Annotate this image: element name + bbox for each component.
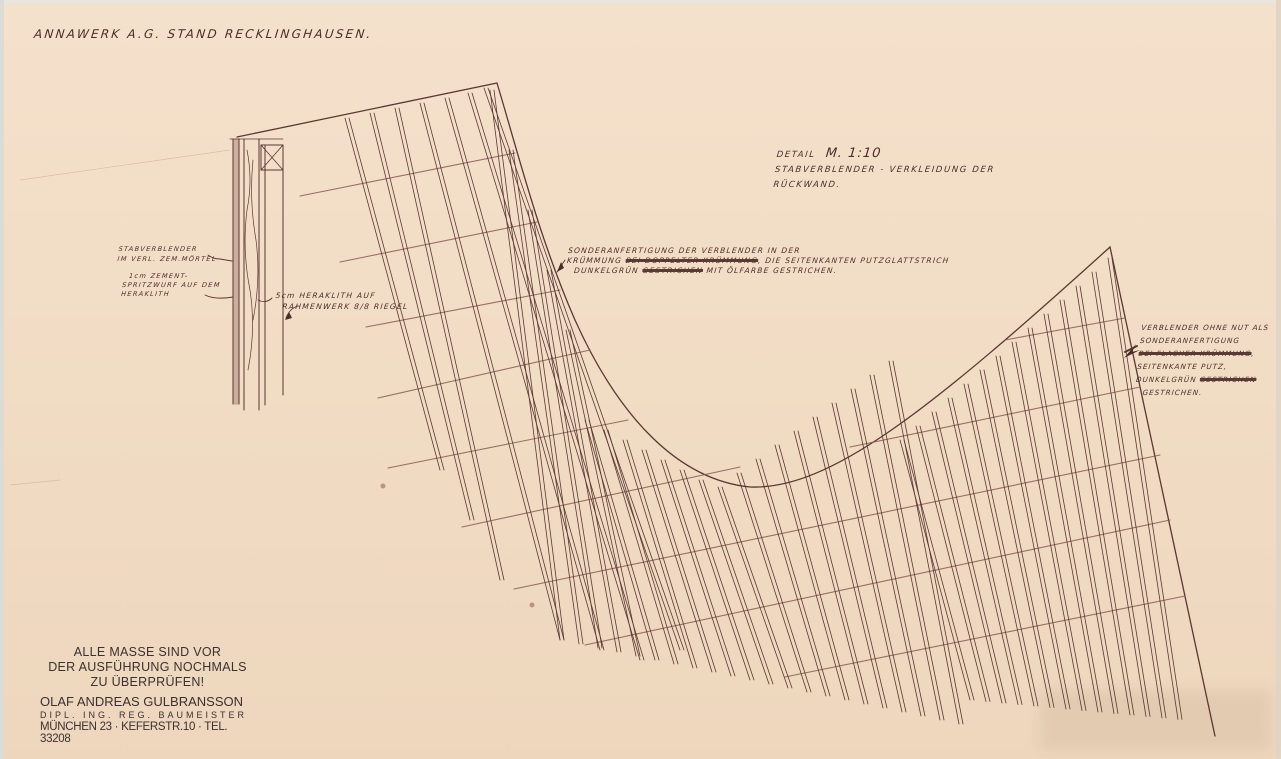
board-note-line-1: 5cm HERAKLITH AUF bbox=[275, 290, 410, 301]
straight-note-text: , bbox=[1251, 349, 1255, 358]
construction-lines bbox=[10, 150, 230, 485]
facing-annotation: STABVERBLENDER IM VERL. ZEM.MÖRTEL bbox=[117, 244, 218, 264]
render-annotation: 1cm ZEMENT- SPRITZWURF AUF DEM HERAKLITH bbox=[121, 272, 222, 299]
struck-text: BEI FLACHER KRÜMMUNG bbox=[1138, 349, 1252, 358]
batten-lines bbox=[345, 88, 1182, 724]
paper-specks bbox=[381, 484, 535, 608]
architect-stamp: ALLE MASSE SIND VOR DER AUSFÜHRUNG NOCHM… bbox=[40, 645, 255, 745]
detail-description-2: RÜCKWAND. bbox=[773, 178, 994, 193]
struck-text: GESTRICHEN bbox=[1199, 375, 1256, 384]
detail-scale: M. 1:10 bbox=[825, 146, 882, 161]
render-note-line-3: HERAKLITH bbox=[121, 290, 221, 299]
course-lines bbox=[300, 153, 1185, 677]
straight-note-line-4: SEITENKANTE PUTZ, bbox=[1137, 360, 1266, 373]
stamp-warning-3: ZU ÜBERPRÜFEN! bbox=[40, 675, 255, 690]
struck-text: GESTRICHEN bbox=[642, 266, 703, 275]
facing-note-line-1: STABVERBLENDER bbox=[118, 244, 218, 254]
board-note-line-2: RAHMENWERK 8/8 RIEGEL bbox=[282, 301, 409, 312]
straight-note-line-1: VERBLENDER OHNE NUT ALS bbox=[1141, 321, 1270, 334]
stamp-warning-2: DER AUSFÜHRUNG NOCHMALS bbox=[40, 660, 255, 675]
curve-note-line-2: KRÜMMUNG BEI DOPPELTER KRÜMMUNG, DIE SEI… bbox=[566, 256, 950, 266]
straight-note-line-5: DUNKELGRÜN GESTRICHEN bbox=[1135, 373, 1264, 386]
curve-note-text: KRÜMMUNG bbox=[567, 256, 627, 265]
curve-note-text: , DIE SEITENKANTEN PUTZGLATTSTRICH bbox=[758, 256, 950, 265]
curve-annotation: SONDERANFERTIGUNG DER VERBLENDER IN DER … bbox=[565, 246, 951, 276]
straight-note-line-6: GESTRICHEN. bbox=[1142, 386, 1263, 399]
straight-note-line-3: BEI FLACHER KRÜMMUNG, bbox=[1138, 347, 1267, 360]
render-note-line-2: SPRITZWURF AUF DEM bbox=[122, 281, 222, 290]
curve-note-text: MIT ÖLFARBE GESTRICHEN. bbox=[702, 266, 837, 275]
facing-note-line-2: IM VERL. ZEM.MÖRTEL bbox=[117, 254, 217, 264]
wall-section-detail bbox=[230, 139, 283, 410]
detail-label: DETAIL bbox=[776, 150, 816, 160]
curve-note-line-3: DUNKELGRÜN GESTRICHEN MIT ÖLFARBE GESTRI… bbox=[573, 266, 949, 276]
struck-text: BEI DOPPELTER KRÜMMUNG bbox=[625, 256, 758, 265]
detail-description-1: STABVERBLENDER - VERKLEIDUNG DER bbox=[774, 163, 995, 178]
drawing-sheet: ANNAWERK A.G. STAND RECKLINGHAUSEN. DETA… bbox=[0, 0, 1281, 759]
straight-annotation: VERBLENDER OHNE NUT ALS SONDERANFERTIGUN… bbox=[1134, 321, 1270, 399]
straight-note-line-2: SONDERANFERTIGUNG bbox=[1139, 334, 1268, 347]
stamp-warning-1: ALLE MASSE SIND VOR bbox=[40, 645, 255, 660]
architect-name: OLAF ANDREAS GULBRANSSON bbox=[40, 694, 255, 709]
render-note-line-1: 1cm ZEMENT- bbox=[128, 272, 222, 281]
architect-address: MÜNCHEN 23 · KEFERSTR.10 · TEL. 33208 bbox=[40, 721, 255, 745]
architect-title: DIPL. ING. REG. BAUMEISTER bbox=[40, 710, 255, 720]
curve-note-line-1: SONDERANFERTIGUNG DER VERBLENDER IN DER bbox=[568, 246, 952, 256]
board-annotation: 5cm HERAKLITH AUF RAHMENWERK 8/8 RIEGEL bbox=[274, 290, 410, 312]
detail-heading: DETAILM. 1:10 STABVERBLENDER - VERKLEIDU… bbox=[773, 146, 998, 193]
drawing-title: ANNAWERK A.G. STAND RECKLINGHAUSEN. bbox=[33, 27, 373, 41]
straight-note-text: DUNKELGRÜN bbox=[1135, 375, 1200, 384]
curve-note-text: DUNKELGRÜN bbox=[574, 266, 643, 275]
arrow-heads bbox=[285, 262, 1140, 358]
